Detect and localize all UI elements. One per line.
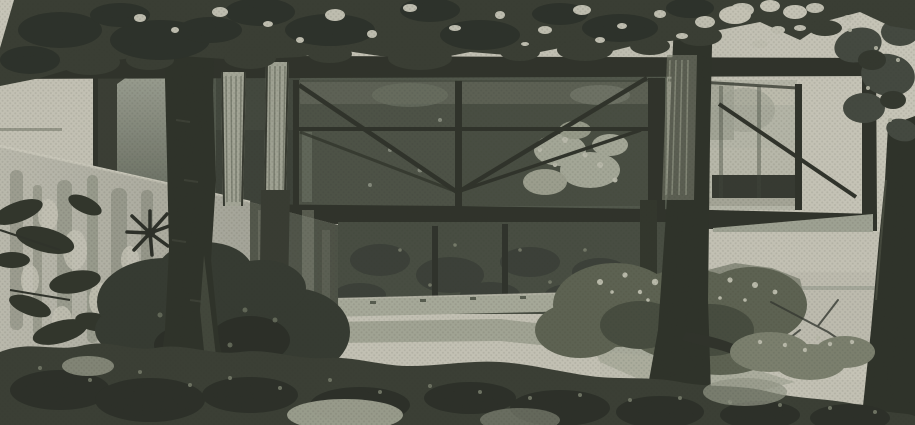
screenshot: Black-and-white halftone photograph of a… bbox=[0, 0, 915, 425]
paper-tint bbox=[0, 0, 915, 425]
magazine-photograph: Black-and-white halftone photograph of a… bbox=[0, 0, 915, 425]
photo-canvas bbox=[0, 0, 915, 425]
